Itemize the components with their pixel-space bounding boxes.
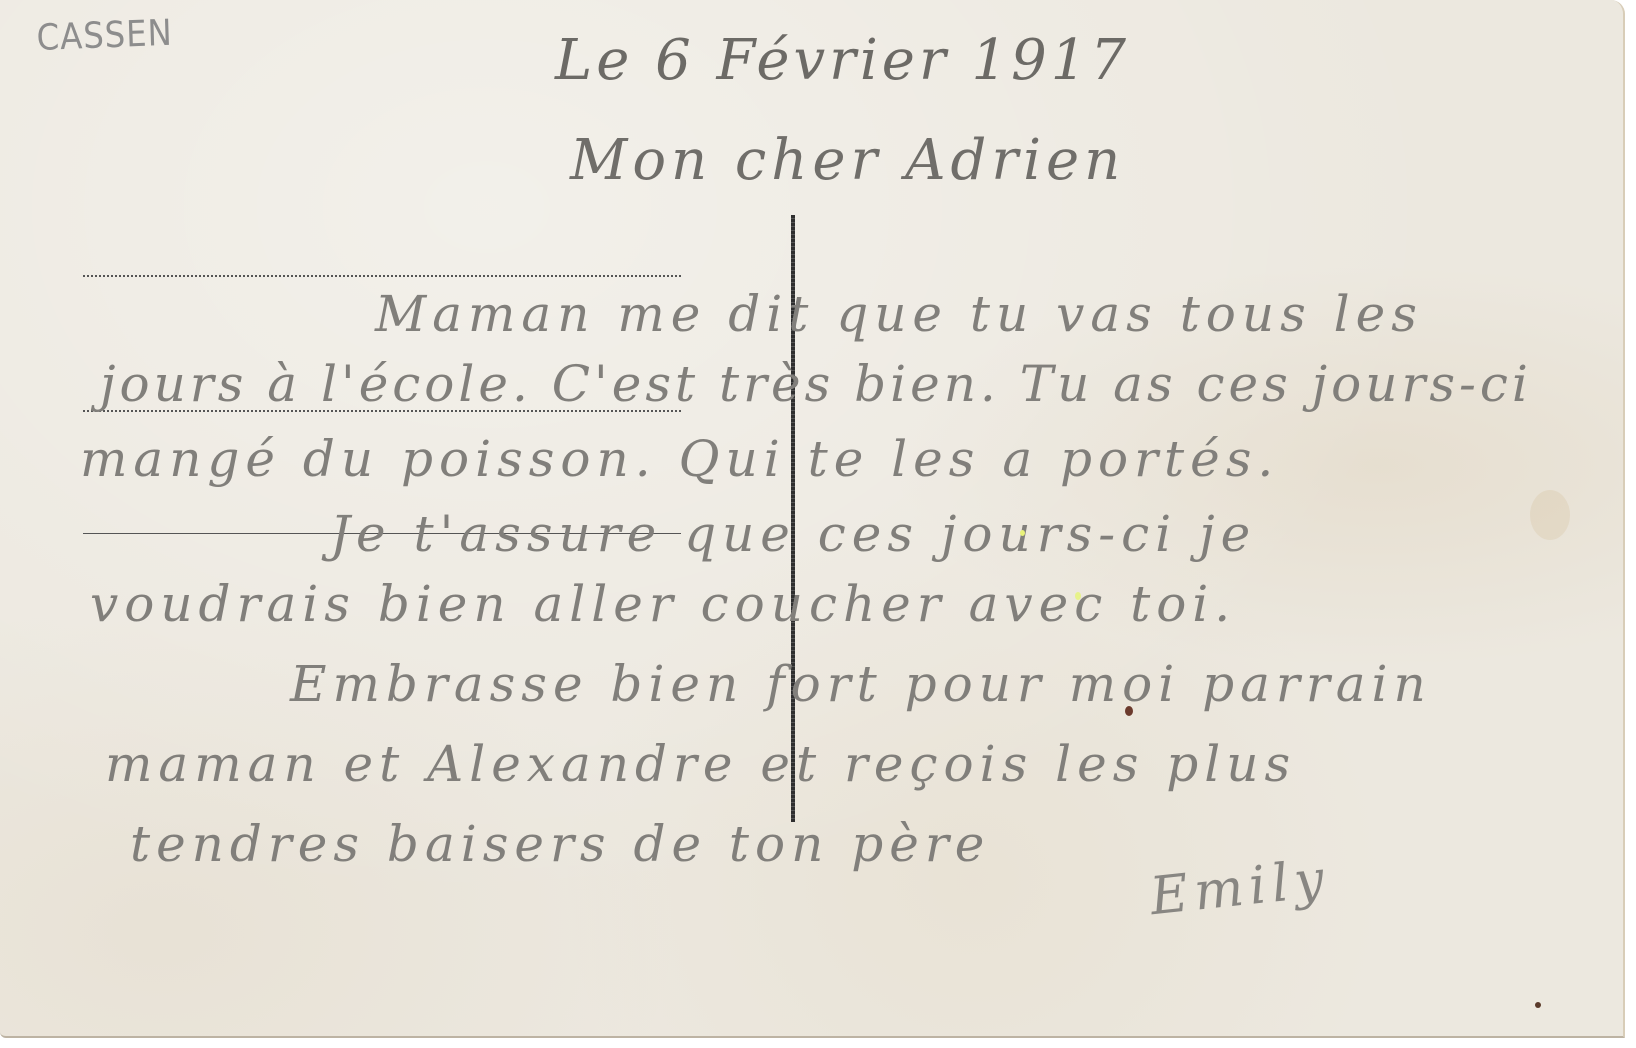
- body-line-1: Maman me dit que tu vas tous les: [375, 285, 1423, 343]
- body-line-4: Je t'assure que ces jours-ci je: [330, 505, 1256, 563]
- age-stain: [1530, 490, 1570, 540]
- body-line-7: maman et Alexandre et reçois les plus: [105, 735, 1296, 793]
- postcard-back: CASSEN Le 6 Février 1917 Mon cher Adrien…: [0, 0, 1625, 1038]
- body-line-5: voudrais bien aller coucher avec toi.: [90, 575, 1236, 633]
- pencil-annotation: CASSEN: [36, 13, 173, 59]
- body-line-2: jours à l'école. C'est très bien. Tu as …: [100, 355, 1532, 413]
- body-line-3: mangé du poisson. Qui te les a portés.: [80, 430, 1279, 488]
- body-line-8: tendres baisers de ton père: [130, 815, 990, 873]
- address-line-1: [83, 275, 681, 277]
- ink-spot: [1125, 706, 1133, 716]
- letter-signature: Emily: [1147, 849, 1332, 927]
- ink-spot: [1535, 1002, 1541, 1008]
- letter-salutation: Mon cher Adrien: [570, 128, 1125, 193]
- letter-date: Le 6 Février 1917: [555, 28, 1130, 93]
- yellow-speck: [1020, 530, 1025, 536]
- body-line-6: Embrasse bien fort pour moi parrain: [290, 655, 1432, 713]
- yellow-speck: [1075, 592, 1081, 600]
